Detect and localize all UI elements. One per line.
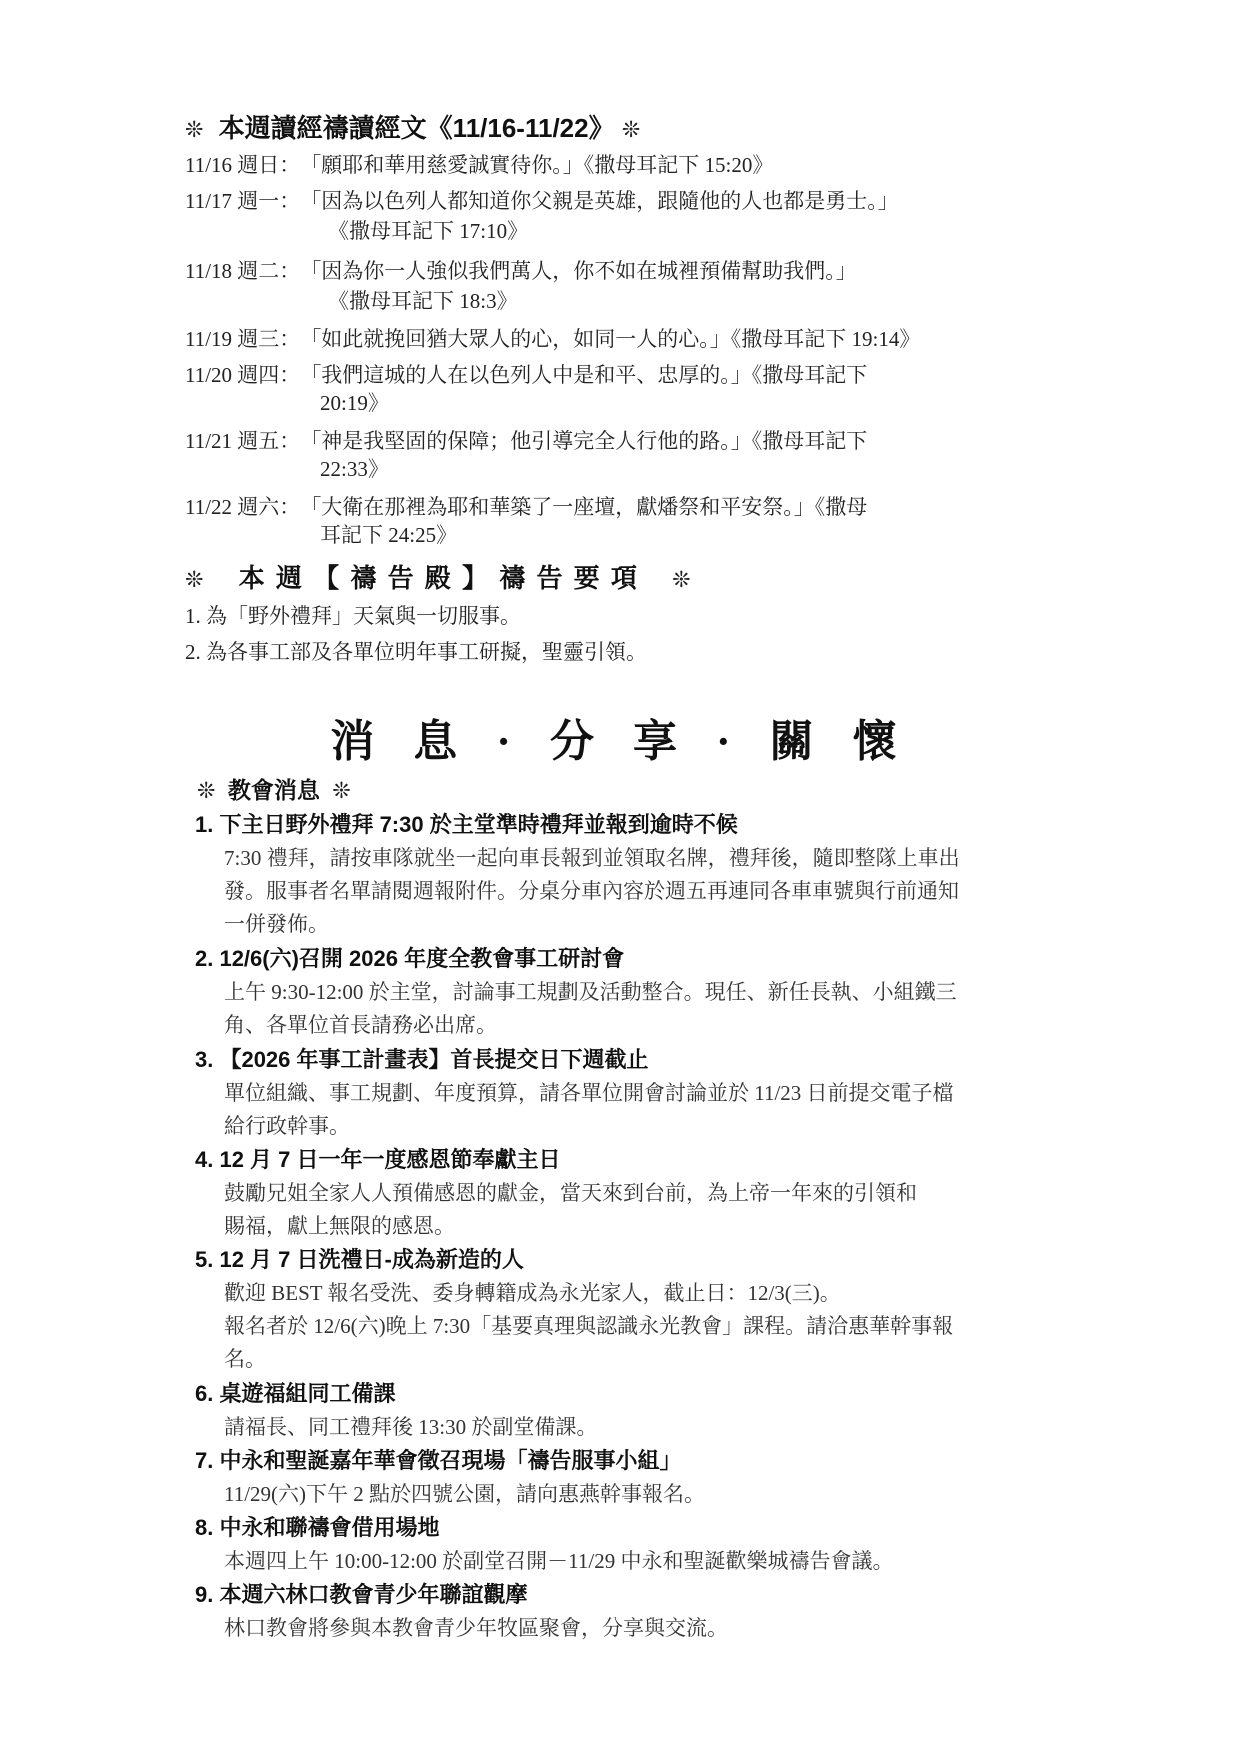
- news-item-body: 給行政幹事。: [224, 1110, 350, 1140]
- reading-verse: 「我們這城的人在以色列人中是和平、忠厚的。」《撒母耳記下: [300, 363, 867, 387]
- reading-reference: 耳記下 24:25》: [320, 522, 457, 549]
- news-item-heading: 3. 【2026 年事工計畫表】首長提交日下週截止: [195, 1043, 649, 1074]
- news-item-body: 7:30 禮拜，請按車隊就坐一起向車長報到並領取名牌，禮拜後，隨即整隊上車出: [224, 842, 960, 872]
- reading-verse: 「因為你一人強似我們萬人，你不如在城裡預備幫助我們。」: [300, 259, 857, 283]
- reading-date-label: 11/19 週三：: [185, 326, 300, 353]
- reading-verse: 「願耶和華用慈愛誠實待你。」《撒母耳記下 15:20》: [300, 153, 773, 177]
- reading-verse: 「神是我堅固的保障；他引導完全人行他的路。」《撒母耳記下: [300, 429, 867, 453]
- news-item-heading: 9. 本週六林口教會青少年聯誼觀摩: [195, 1578, 527, 1609]
- news-item-body: 林口教會將參與本教會青少年牧區聚會，分享與交流。: [224, 1612, 728, 1642]
- prayer-item: 2. 為各事工部及各單位明年事工研擬，聖靈引領。: [185, 636, 647, 666]
- news-item-heading: 8. 中永和聯禱會借用場地: [195, 1511, 439, 1542]
- reading-entry: 11/17 週一：「因為以色列人都知道你父親是英雄，跟隨他的人也都是勇士。」: [185, 188, 899, 215]
- flower-icon: ❊: [622, 117, 640, 142]
- news-item-body: 歡迎 BEST 報名受洗、委身轉籍成為永光家人，截止日：12/3(三)。: [224, 1277, 841, 1307]
- reading-date-label: 11/22 週六：: [185, 494, 300, 521]
- news-item-body: 11/29(六)下午 2 點於四號公園，請向惠燕幹事報名。: [224, 1478, 705, 1508]
- flower-icon: ❊: [672, 567, 692, 592]
- bulletin-page: ❊ 本週讀經禱讀經文《11/16-11/22》 ❊ 11/16 週日：「願耶和華…: [0, 0, 1241, 1755]
- news-item-heading: 1. 下主日野外禮拜 7:30 於主堂準時禮拜並報到逾時不候: [195, 808, 738, 839]
- reading-date-label: 11/16 週日：: [185, 152, 300, 179]
- reading-reference: 20:19》: [320, 390, 389, 417]
- main-title: 消 息 · 分 享 · 關 懷: [0, 705, 1241, 769]
- reading-reference: 22:33》: [320, 456, 389, 483]
- reading-date-label: 11/18 週二：: [185, 258, 300, 285]
- news-item-body: 鼓勵兄姐全家人人預備感恩的獻金，當天來到台前，為上帝一年來的引領和: [224, 1177, 917, 1207]
- reading-entry: 11/19 週三：「如此就挽回猶大眾人的心，如同一人的心。」《撒母耳記下 19:…: [185, 326, 920, 353]
- prayer-section-heading: ❊ 本 週 【 禱 告 殿 】 禱 告 要 項 ❊: [185, 558, 693, 595]
- news-item-body: 一併發佈。: [224, 908, 329, 938]
- news-item-body: 角、各單位首長請務必出席。: [224, 1009, 497, 1039]
- news-item-body: 賜福，獻上無限的感恩。: [224, 1210, 455, 1240]
- reading-reference: 《撒母耳記下 18:3》: [328, 288, 518, 315]
- reading-reference: 《撒母耳記下 17:10》: [328, 218, 528, 245]
- news-item-body: 請福長、同工禮拜後 13:30 於副堂備課。: [224, 1411, 597, 1441]
- reading-entry: 11/20 週四：「我們這城的人在以色列人中是和平、忠厚的。」《撒母耳記下: [185, 362, 867, 389]
- reading-entry: 11/16 週日：「願耶和華用慈愛誠實待你。」《撒母耳記下 15:20》: [185, 152, 773, 179]
- news-item-body: 單位組織、事工規劃、年度預算，請各單位開會討論並於 11/23 日前提交電子檔: [224, 1077, 954, 1107]
- news-item-heading: 5. 12 月 7 日洗禮日-成為新造的人: [195, 1243, 524, 1274]
- reading-section-heading: ❊ 本週讀經禱讀經文《11/16-11/22》 ❊: [185, 108, 640, 145]
- reading-verse: 「如此就挽回猶大眾人的心，如同一人的心。」《撒母耳記下 19:14》: [300, 327, 920, 351]
- reading-verse: 「因為以色列人都知道你父親是英雄，跟隨他的人也都是勇士。」: [300, 189, 899, 213]
- reading-entry: 11/22 週六：「大衛在那裡為耶和華築了一座壇，獻燔祭和平安祭。」《撒母: [185, 494, 867, 521]
- news-item-body: 本週四上午 10:00-12:00 於副堂召開－11/29 中永和聖誕歡樂城禱告…: [224, 1545, 893, 1575]
- prayer-section-title: 本 週 【 禱 告 殿 】 禱 告 要 項: [239, 563, 639, 593]
- reading-entry: 11/18 週二：「因為你一人強似我們萬人，你不如在城裡預備幫助我們。」: [185, 258, 857, 285]
- flower-icon: ❊: [185, 117, 203, 142]
- flower-icon: ❊: [332, 778, 350, 803]
- news-item-heading: 4. 12 月 7 日一年一度感恩節奉獻主日: [195, 1143, 561, 1174]
- news-item-body: 報名者於 12/6(六)晚上 7:30「基要真理與認識永光教會」課程。請洽惠華幹…: [224, 1310, 953, 1340]
- reading-verse: 「大衛在那裡為耶和華築了一座壇，獻燔祭和平安祭。」《撒母: [300, 495, 867, 519]
- prayer-item: 1. 為「野外禮拜」天氣與一切服事。: [185, 600, 521, 630]
- reading-date-label: 11/17 週一：: [185, 188, 300, 215]
- reading-entry: 11/21 週五：「神是我堅固的保障；他引導完全人行他的路。」《撒母耳記下: [185, 428, 867, 455]
- news-item-heading: 7. 中永和聖誕嘉年華會徵召現場「禱告服事小組」: [195, 1444, 681, 1475]
- news-item-body: 發。服事者名單請閱週報附件。分桌分車內容於週五再連同各車車號與行前通知: [224, 875, 959, 905]
- flower-icon: ❊: [185, 567, 205, 592]
- reading-date-label: 11/20 週四：: [185, 362, 300, 389]
- news-item-heading: 2. 12/6(六)召開 2026 年度全教會事工研討會: [195, 942, 624, 973]
- news-item-heading: 6. 桌遊福組同工備課: [195, 1377, 395, 1408]
- reading-date-label: 11/21 週五：: [185, 428, 300, 455]
- news-item-body: 上午 9:30-12:00 於主堂，討論事工規劃及活動整合。現任、新任長執、小組…: [224, 976, 957, 1006]
- news-section-title: 教會消息: [228, 777, 320, 803]
- news-section-heading: ❊ 教會消息 ❊: [197, 772, 351, 805]
- news-item-body: 名。: [224, 1343, 266, 1373]
- flower-icon: ❊: [197, 778, 215, 803]
- reading-section-title: 本週讀經禱讀經文《11/16-11/22》: [219, 113, 615, 143]
